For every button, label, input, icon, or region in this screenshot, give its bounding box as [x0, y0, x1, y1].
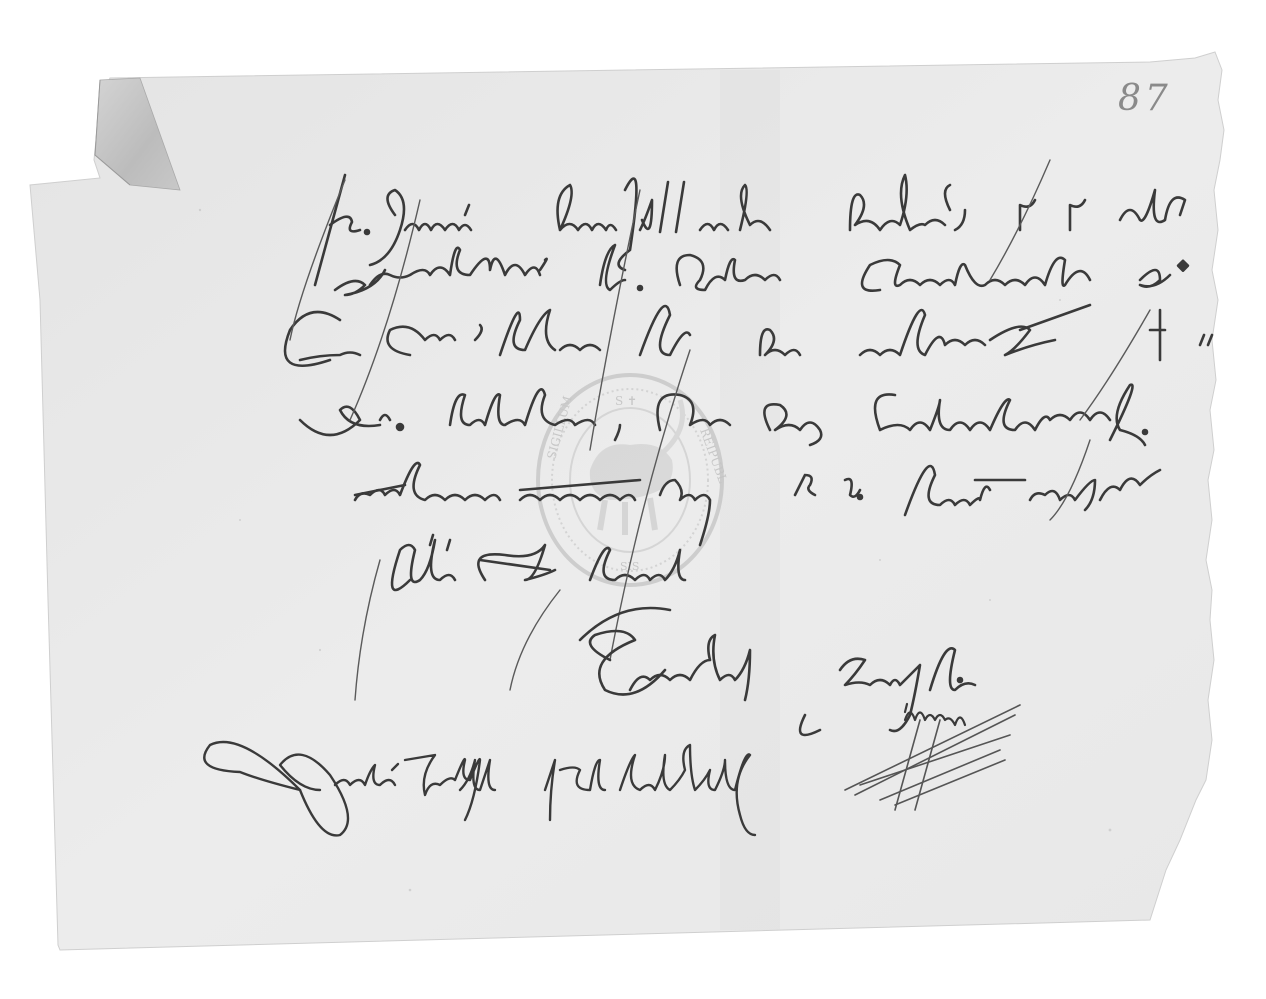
folio-number: 87: [1118, 78, 1172, 119]
document-scan: SIGILLUM REIPUBL S ✝ SIS: [0, 0, 1266, 999]
